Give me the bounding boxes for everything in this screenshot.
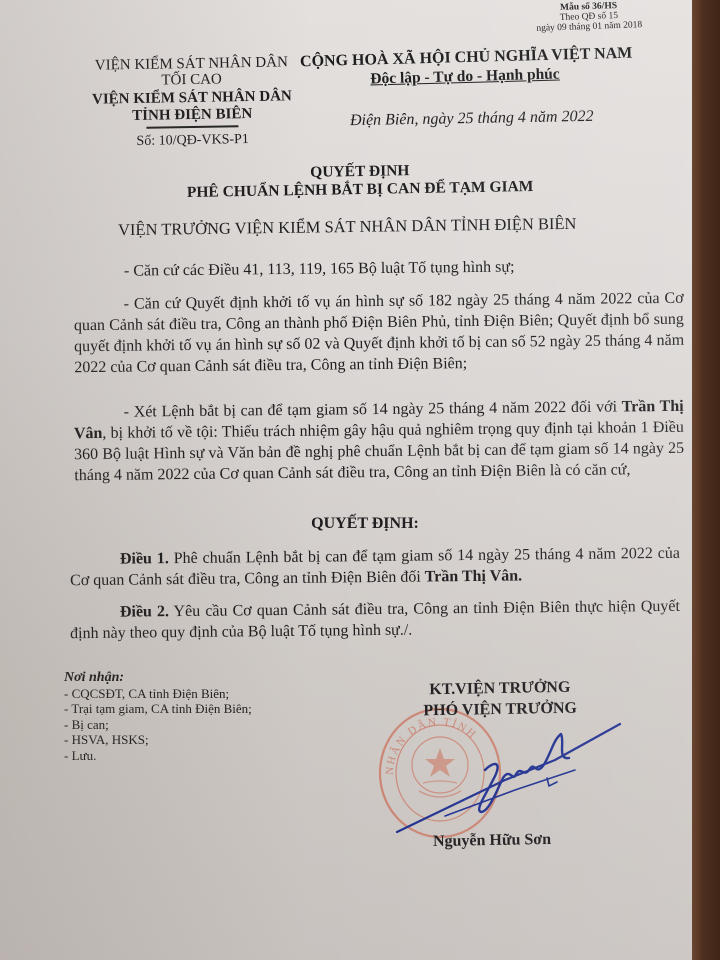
legal-basis-2: - Căn cứ Quyết định khởi tố vụ án hình s… (74, 288, 685, 378)
article-label: Điều 1. (120, 550, 169, 568)
document-title: QUYẾT ĐỊNH PHÊ CHUẨN LỆNH BẮT BỊ CAN ĐỂ … (120, 159, 601, 203)
consideration-text-rest: , bị khởi tố về tội: Thiếu trách nhiệm g… (74, 419, 684, 484)
recipient-item: - Bị can; (64, 717, 252, 733)
issuing-authority: VIỆN TRƯỞNG VIỆN KIỂM SÁT NHÂN DÂN TỈNH … (118, 214, 577, 240)
article-2: Điều 2. Yêu cầu Cơ quan Cảnh sát điều tr… (70, 596, 680, 644)
recipient-item: - Trại tạm giam, CA tỉnh Điện Biên; (64, 701, 252, 717)
decision-heading: QUYẾT ĐỊNH: (60, 515, 670, 533)
divider (146, 125, 238, 128)
national-header: CỘNG HOÀ XÃ HỘI CHỦ NGHĨA VIỆT NAM Độc l… (300, 48, 630, 86)
article-label: Điều 2. (120, 603, 169, 621)
legal-basis-1: - Căn cứ các Điều 41, 113, 119, 165 Bộ l… (74, 255, 684, 282)
consideration: - Xét Lệnh bắt bị can để tạm giam số 14 … (74, 396, 685, 486)
recipient-item: - CQCSĐT, CA tỉnh Điện Biên; (64, 686, 252, 702)
document-number: Số: 10/QĐ-VKS-P1 (83, 130, 303, 151)
place-date: Điện Biên, ngày 25 tháng 4 năm 2022 (350, 108, 594, 130)
agency-block: VIỆN KIỂM SÁT NHÂN DÂN TỐI CAO VIỆN KIỂM… (81, 54, 303, 150)
recipients-heading: Nơi nhận: (64, 670, 252, 686)
recipient-item: - Lưu. (64, 748, 252, 764)
recipients-block: Nơi nhận: - CQCSĐT, CA tỉnh Điện Biên; -… (64, 670, 252, 763)
consideration-text: - Xét Lệnh bắt bị can để tạm giam số 14 … (124, 398, 622, 420)
national-motto: Độc lập - Tự do - Hạnh phúc (370, 66, 560, 88)
defendant-name: Trần Thị Vân. (425, 567, 523, 585)
signatory-line2: PHÓ VIỆN TRƯỞNG (395, 697, 605, 722)
form-note: Mẫu số 36/HS Theo QĐ số 15 ngày 09 tháng… (536, 0, 643, 34)
recipient-item: - HSVA, HSKS; (64, 732, 252, 748)
desk-background (692, 0, 720, 960)
article-1: Điều 1. Phê chuẩn Lệnh bắt bị can để tạm… (70, 543, 680, 591)
signatory-title: KT.VIỆN TRƯỞNG PHÓ VIỆN TRƯỞNG (395, 676, 606, 722)
signer-name: Nguyễn Hữu Sơn (433, 831, 551, 851)
document-page: Mẫu số 36/HS Theo QĐ số 15 ngày 09 tháng… (0, 0, 692, 960)
signature-icon (385, 720, 625, 840)
